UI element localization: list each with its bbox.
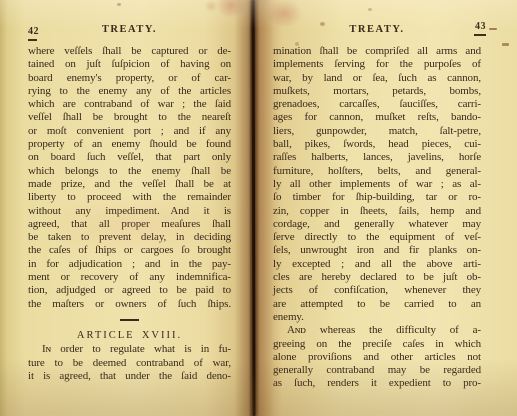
- text-line: ment or recovery of any indemnifica-: [28, 271, 231, 284]
- text-line: ly all other implements of war ; as al-: [273, 178, 481, 191]
- text-line: muſkets, mortars, petards, bombs,: [273, 85, 481, 98]
- text-line: ball, pikes, ſwords, head pieces, cui-: [273, 138, 481, 151]
- section-divider: [120, 319, 139, 321]
- text-line: or moſt convenient port ; and if any: [28, 125, 231, 138]
- text-line: jects of confiſcation, whenever they: [273, 284, 481, 297]
- text-line: implements ſerving for the purpoſes of: [273, 58, 481, 71]
- margin-mark: [502, 43, 509, 46]
- text-line: raſſes halberts, lances, javelins, horſe: [273, 151, 481, 164]
- text-line: tion, adjudged or agreed to be paid to: [28, 284, 231, 297]
- text-line: agreed, that all proper meaſures ſhall: [28, 218, 231, 231]
- text-line: on board ſuch veſſel, that part only: [28, 151, 231, 164]
- text-line: board enemy's property, or of car-: [28, 72, 231, 85]
- page-right: TREATY. 43 mination ſhall be compriſed a…: [250, 0, 517, 416]
- text-line: as ſuch, renders it expedient to pro-: [273, 377, 481, 390]
- text-line: tained on juſt ſuſpicion of having on: [28, 58, 231, 71]
- running-head-left: TREATY.: [28, 24, 231, 35]
- text-line: made prize, and the veſſel ſhall be at: [28, 178, 231, 191]
- text-line: the caſes of ſhips or cargoes ſo brought: [28, 244, 231, 257]
- text-line: Iɴ order to regulate what is in fu-: [28, 343, 231, 356]
- page-number-right: 43: [475, 21, 486, 32]
- page-left: 42 TREATY. where veſſels ſhall be captur…: [0, 0, 250, 416]
- text-line: rying to the enemy any of the articles: [28, 85, 231, 98]
- text-line: it is agreed, that under the ſaid deno-: [28, 370, 231, 383]
- text-line: in for adjudication ; and in the pay-: [28, 258, 231, 271]
- text-line: which belongs to the enemy ſhall be: [28, 165, 231, 178]
- text-line: ages for cannon, muſket reſts, bando-: [273, 111, 481, 124]
- text-line: liers, gunpowder, match, ſalt-petre,: [273, 125, 481, 138]
- margin-mark: [489, 28, 497, 30]
- text-line: furniture, holſters, belts, and general-: [273, 165, 481, 178]
- text-line: war, by land or ſea, ſuch as cannon,: [273, 72, 481, 85]
- text-line: veſſel ſhall be brought to the neareſt: [28, 111, 231, 124]
- book-scan: 42 TREATY. where veſſels ſhall be captur…: [0, 0, 517, 416]
- text-line: ly excepted ; and all the above arti-: [273, 258, 481, 271]
- text-line: grenadoes, carcaſſes, ſauciſſes, carri-: [273, 98, 481, 111]
- text-line: zin, copper in ſheets, ſails, hemp and: [273, 205, 481, 218]
- text-line: cordage, and generally whatever may: [273, 218, 481, 231]
- text-line: Aɴᴅ whereas the difficulty of a-: [273, 324, 481, 337]
- page-body-left: where veſſels ſhall be captured or de-ta…: [28, 45, 231, 383]
- text-line: cles are hereby declared to be juſt ob-: [273, 271, 481, 284]
- text-line: mination ſhall be compriſed all arms and: [273, 45, 481, 58]
- text-line: property of an enemy ſhould be found: [28, 138, 231, 151]
- text-line: enemy.: [273, 311, 481, 324]
- text-line: be taken to prevent delay, in deciding: [28, 231, 231, 244]
- text-line: liberty to proceed with the remainder: [28, 191, 231, 204]
- text-line: without any impediment. And it is: [28, 205, 231, 218]
- text-line: alone proviſions and other articles not: [273, 351, 481, 364]
- page-body-right: mination ſhall be compriſed all arms and…: [273, 45, 481, 391]
- text-line: the maſters or owners of ſuch ſhips.: [28, 298, 231, 311]
- text-line: ture to be deemed contraband of war,: [28, 357, 231, 370]
- text-line: greeing on the preciſe caſes in which: [273, 338, 481, 351]
- text-line: ſels, unwrought iron and fir planks on-: [273, 244, 481, 257]
- page-number-rule-left: [28, 39, 37, 41]
- text-line: are attempted to be carried to an: [273, 298, 481, 311]
- text-line: ſerve directly to the equipment of veſ-: [273, 231, 481, 244]
- text-line: where veſſels ſhall be captured or de-: [28, 45, 231, 58]
- article-heading: ARTICLE XVIII.: [28, 329, 231, 343]
- running-head-right: TREATY.: [273, 24, 481, 35]
- text-line: generally contraband may be regarded: [273, 364, 481, 377]
- page-number-rule-right: [474, 34, 486, 36]
- text-line: ſo timber for ſhip-building, tar or ro-: [273, 191, 481, 204]
- text-line: which are contraband of war ; the ſaid: [28, 98, 231, 111]
